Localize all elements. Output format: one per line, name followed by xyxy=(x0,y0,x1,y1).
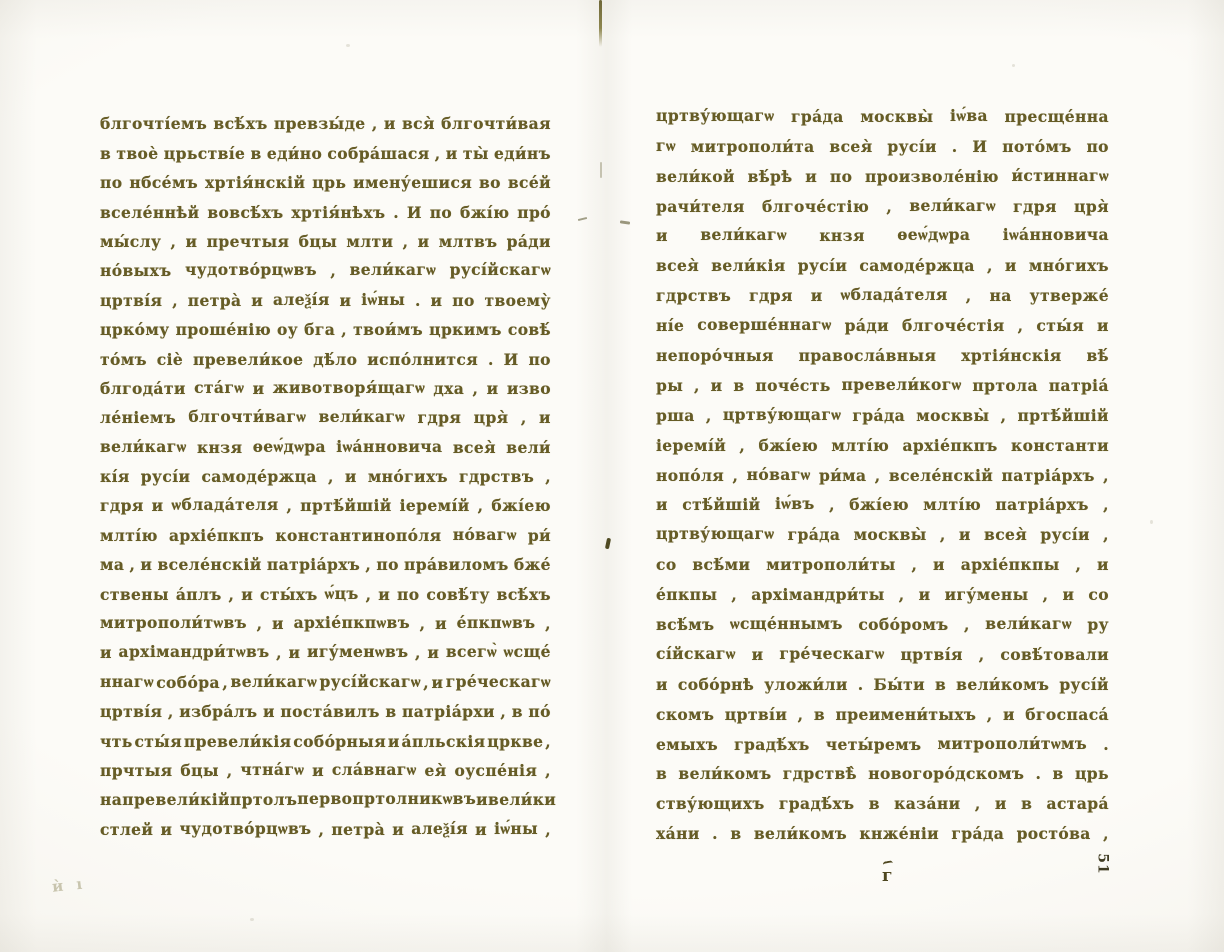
text-line: иархімандри́тѡвъ,иигу́менѡвъ,ивсегѡ̀ѡсще… xyxy=(100,633,551,662)
text-line: чтьсты́япревели́кіясобо́рныяиа́пльскіяцр… xyxy=(100,721,551,750)
text-line: ні́есоверше́ннагѡра́диблгоче́стія,сты́яи xyxy=(656,305,1109,335)
text-line: непоро́чныяправосла́вныяхртія́нскіявѣ́ xyxy=(656,335,1109,365)
text-line: ству́ющихъградѣ́хъвказа́ни,ивастара́ xyxy=(656,783,1109,813)
text-line: напревели́кійпртолъпервопртолникѡвъивели… xyxy=(100,780,551,809)
text-line: гдрствъгдряиѡблада́теля,наутверже́ xyxy=(656,275,1109,305)
text-line: совсѣ́мимитрополи́ты,иархіе́пкпы,и xyxy=(656,544,1109,574)
text-line: гдряиѡблада́теля,пртѣ́йшійіеремі́й,бжі́е… xyxy=(100,486,551,515)
rotated-margin-number: 51 xyxy=(1095,853,1111,874)
text-line: ле́ніемъблгочти́вагѡвели́кагѡгдряцря̀,и xyxy=(100,398,551,427)
text-line: млті́юархіе́пкпъконстантинопо́ляно́вагѡр… xyxy=(100,515,551,544)
text-line: понбсе́мъхртія́нскійцрьимену́ешисявовсе́… xyxy=(100,163,551,192)
text-line: блгода́тиста́гѡиживотворя́щагѡдха,иизво xyxy=(100,369,551,398)
text-line: всѣ́мъѡсще́ннымъсобо́ромъ,вели́кагѡру xyxy=(656,604,1109,634)
dust-speck xyxy=(346,44,350,47)
text-line: но́выхъчудотво́рцѡвъ,вели́кагѡрусі́йскаг… xyxy=(100,251,551,280)
text-line: цртву́ющагѡгра́дамосквы̀,ивсея̀русі́и, xyxy=(656,514,1109,544)
right-page: цртву́ющагѡгра́дамосквы̀іѡ́вапресще́ннаг… xyxy=(624,0,1224,952)
text-line: стлейичудотво́рцѡвъ,петра̀иалеѯі́яиіѡ́ны… xyxy=(100,809,551,838)
text-line: емыхъградѣ́хъчеты́ремъмитрополи́тѡмъ. xyxy=(656,724,1109,754)
text-line: кі́ярусі́исамоде́ржца,имно́гихъгдрствъ, xyxy=(100,457,551,486)
text-line: митрополи́тѡвъ,иархіе́пкпѡвъ,ие́пкпѡвъ, xyxy=(100,604,551,633)
dust-speck xyxy=(250,918,254,921)
quire-signature-mark: г xyxy=(882,866,892,886)
text-line: всея̀вели́кіярусі́исамоде́ржца,имно́гихъ xyxy=(656,245,1109,275)
dust-speck xyxy=(1150,520,1153,524)
text-line: ввели́комъгдрствѣ̀новогоро́дскомъ.вцрь xyxy=(656,754,1109,784)
text-line: ры,ивпоче́стьпревели́когѡпртолапатріа́ xyxy=(656,365,1109,395)
text-line: вели́койвѣ́рѣипопроизволе́ніюи́стиннагѡ xyxy=(656,156,1109,186)
dust-speck xyxy=(1012,64,1015,67)
text-line: втвоѐцрьстві́еведи́нособра́шася,иты̀еди́… xyxy=(100,133,551,162)
text-line: ннагѡсобо́ра,вели́кагѡрусі́йскагѡ,игре́ч… xyxy=(100,662,551,691)
text-line: блгочті́емъвсѣ́хъпревзы́де,ився̀блгочти́… xyxy=(100,104,551,133)
left-page-corner-faint-mark: ѝ ı xyxy=(51,874,87,895)
text-line: црко́мупроше́ніюоубга,твои́мъцркимъсовѣ́ xyxy=(100,310,551,339)
text-line: ственыа́плъ,исты́хъѡ́цъ,ипосовѣ́тувсѣ́хъ xyxy=(100,574,551,603)
text-line: прчтыябцы,чтна́гѡисла́внагѡея̀оуспе́нія, xyxy=(100,751,551,780)
text-line: цртві́я,избра́лъипоста́вилъвпатріа́рхи,в… xyxy=(100,692,551,721)
text-line: е́пкпы,архімандри́ты,иигу́мены,исо xyxy=(656,574,1109,604)
text-line: вели́кагѡкнзяѳеѡ́дѡраіѡа́нновичавсея̀вел… xyxy=(100,427,551,456)
text-line: то́мъсіѐпревели́коедѣ́лоиспо́лнится.Ипо xyxy=(100,339,551,368)
text-line: іеремі́й,бжі́еюмлті́юархіе́пкпъконстанти xyxy=(656,425,1109,455)
text-line: истѣ́йшійіѡ́въ,бжі́еюмлті́юпатріа́рхъ, xyxy=(656,485,1109,515)
text-line: исобо́рнѣуложи́ли.Бы́тиввели́комърусі́й xyxy=(656,664,1109,694)
book-spread-photo: блгочті́емъвсѣ́хъпревзы́де,ився̀блгочти́… xyxy=(0,0,1224,952)
gutter-ink-speck xyxy=(600,162,602,178)
text-line: ма,ивселе́нскійпатріа́рхъ,попра́виломъбж… xyxy=(100,545,551,574)
text-line: нопо́ля,но́вагѡри́ма,вселе́нскійпатріа́р… xyxy=(656,455,1109,485)
text-line: гѡмитрополи́тавсея̀русі́и.Ипото́мъпо xyxy=(656,126,1109,156)
text-line: скомъцртві́и,впреимени́тыхъ,ибгоспаса́ xyxy=(656,694,1109,724)
text-line: рачи́теляблгоче́стію,вели́кагѡгдряцря̀ xyxy=(656,186,1109,216)
text-line: цртві́я,петра̀иалеѯі́яиіѡ́ны.ипотвоему̀ xyxy=(100,280,551,309)
left-page: блгочті́емъвсѣ́хъпревзы́де,ився̀блгочти́… xyxy=(0,0,600,952)
text-line: ивели́кагѡкнзяѳеѡ́дѡраіѡа́нновича xyxy=(656,216,1109,246)
text-line: вселе́ннѣйвовсѣ́хъхртія́нѣхъ.Ипобжі́юпро… xyxy=(100,192,551,221)
text-line: сі́йскагѡигре́ческагѡцртві́я,совѣ́товали xyxy=(656,634,1109,664)
text-line: ха́ни.ввели́комъкнже́ніигра́даросто́ва, xyxy=(656,813,1109,843)
left-page-text: блгочті́емъвсѣ́хъпревзы́де,ився̀блгочти́… xyxy=(100,104,551,839)
text-line: цртву́ющагѡгра́дамосквы̀іѡ́вапресще́нна xyxy=(656,96,1109,126)
text-line: рша,цртву́ющагѡгра́дамосквы̀,пртѣ́йшій xyxy=(656,395,1109,425)
text-line: мы́слу,ипречтыябцымлти,имлтвъра́ди xyxy=(100,222,551,251)
right-page-text: цртву́ющагѡгра́дамосквы̀іѡ́вапресще́ннаг… xyxy=(656,96,1109,843)
